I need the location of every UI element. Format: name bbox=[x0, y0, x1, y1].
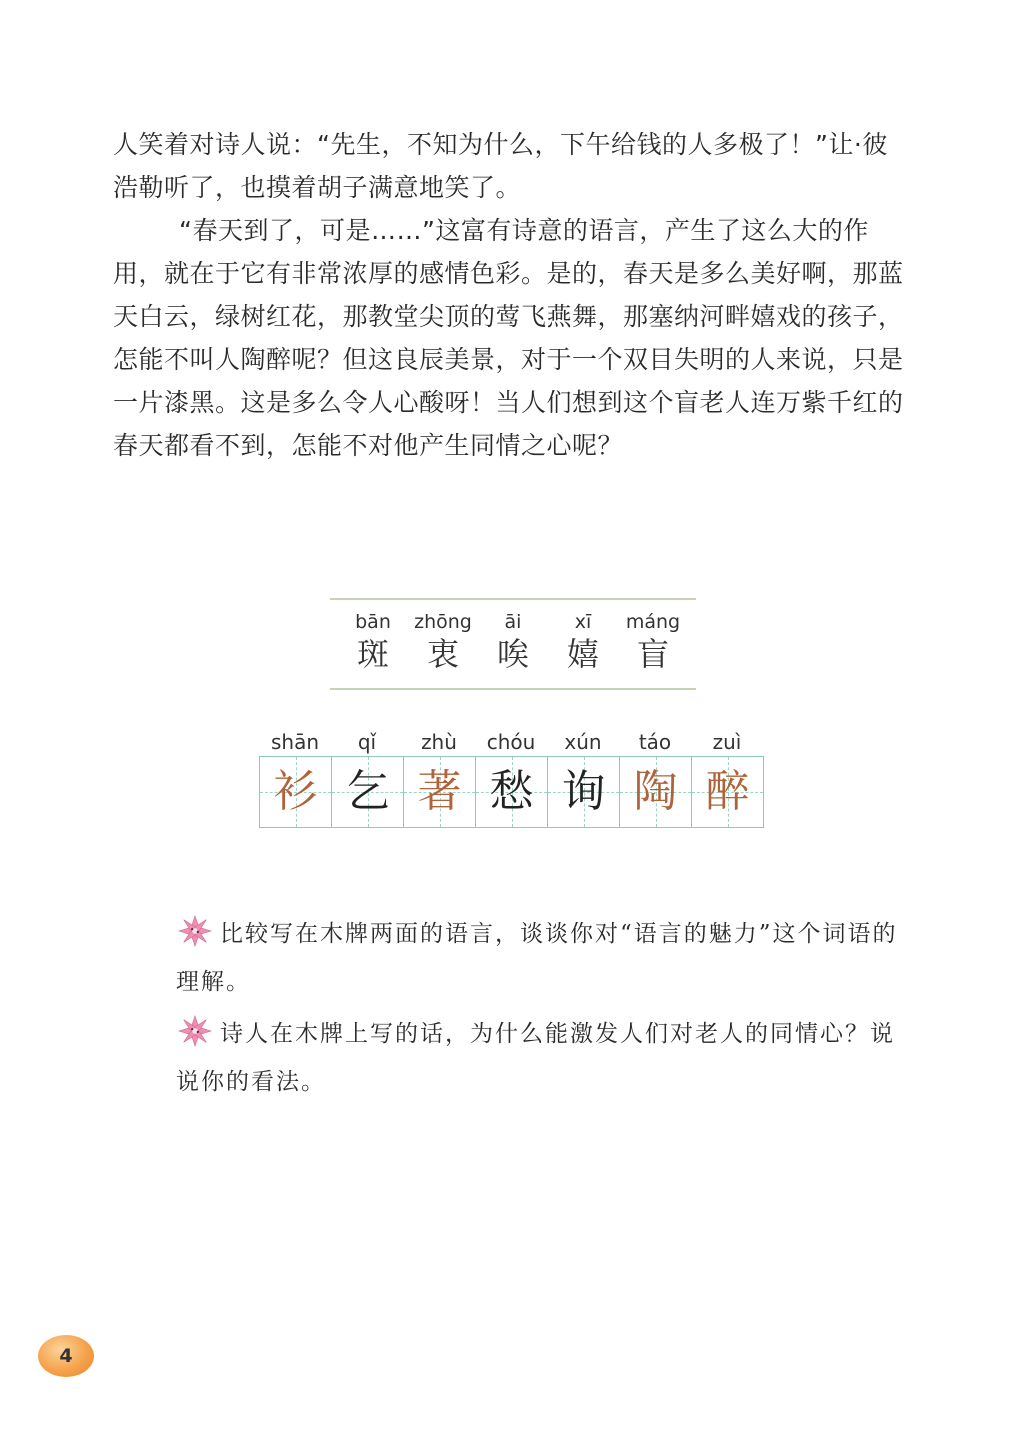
question-text: 比较写在木牌两面的语言，谈谈你对“语言的魅力”这个词语的理解。 bbox=[176, 921, 898, 995]
new-word: zhōng 衷 bbox=[410, 610, 476, 674]
new-words-write-grid: shān qǐ zhù chóu xún táo zuì 衫 乞 著 愁 询 陶… bbox=[259, 728, 764, 828]
hanzi: 陶 bbox=[634, 757, 678, 827]
new-word: máng 盲 bbox=[620, 610, 686, 674]
pinyin: āi bbox=[505, 610, 522, 634]
page-number-badge: 4 bbox=[38, 1335, 94, 1377]
flower-icon bbox=[176, 1014, 214, 1048]
hanzi: 斑 bbox=[357, 634, 389, 674]
pinyin: zhù bbox=[403, 728, 475, 756]
passage-paragraph-1: 人笑着对诗人说：“先生，不知为什么，下午给钱的人多极了！”让·彼浩勒听了，也摸着… bbox=[113, 123, 913, 209]
hanzi: 衫 bbox=[274, 757, 318, 827]
pinyin: zhōng bbox=[414, 610, 472, 634]
pinyin: shān bbox=[259, 728, 331, 756]
pinyin: táo bbox=[619, 728, 691, 756]
hanzi: 询 bbox=[562, 757, 606, 827]
tianzige-cell: 衫 bbox=[260, 757, 332, 827]
tianzige-cell: 乞 bbox=[332, 757, 404, 827]
pinyin: bān bbox=[355, 610, 391, 634]
exercise-questions: 比较写在木牌两面的语言，谈谈你对“语言的魅力”这个词语的理解。 诗人在木牌上 bbox=[176, 910, 916, 1110]
hanzi: 衷 bbox=[427, 634, 459, 674]
question-text: 诗人在木牌上写的话，为什么能激发人们对老人的同情心？说说你的看法。 bbox=[176, 1021, 895, 1095]
pinyin: zuì bbox=[691, 728, 763, 756]
page-number: 4 bbox=[59, 1345, 72, 1367]
hanzi: 乞 bbox=[346, 757, 390, 827]
pinyin: chóu bbox=[475, 728, 547, 756]
hanzi: 唉 bbox=[497, 634, 529, 674]
question-1: 比较写在木牌两面的语言，谈谈你对“语言的魅力”这个词语的理解。 bbox=[176, 910, 916, 1006]
new-word: āi 唉 bbox=[480, 610, 546, 674]
tianzige-cell: 著 bbox=[404, 757, 476, 827]
hanzi: 醉 bbox=[706, 757, 750, 827]
pinyin: qǐ bbox=[331, 728, 403, 756]
flower-icon bbox=[176, 914, 214, 948]
tianzige-cell: 陶 bbox=[620, 757, 692, 827]
passage-paragraph-2: “春天到了，可是……”这富有诗意的语言，产生了这么大的作用，就在于它有非常浓厚的… bbox=[113, 209, 913, 467]
question-2: 诗人在木牌上写的话，为什么能激发人们对老人的同情心？说说你的看法。 bbox=[176, 1010, 916, 1106]
paragraph-text: 人笑着对诗人说：“先生，不知为什么，下午给钱的人多极了！”让·彼浩勒听了，也摸着… bbox=[113, 123, 913, 209]
new-words-recognize: bān 斑 zhōng 衷 āi 唉 xī 嬉 máng 盲 bbox=[330, 598, 696, 690]
hanzi: 嬉 bbox=[567, 634, 599, 674]
new-word: xī 嬉 bbox=[550, 610, 616, 674]
hanzi: 盲 bbox=[637, 634, 669, 674]
tianzige-cell: 询 bbox=[548, 757, 620, 827]
tianzige-cell: 愁 bbox=[476, 757, 548, 827]
pinyin: máng bbox=[626, 610, 680, 634]
tianzige-cell: 醉 bbox=[692, 757, 763, 827]
pinyin: xún bbox=[547, 728, 619, 756]
hanzi: 著 bbox=[418, 757, 462, 827]
paragraph-text: “春天到了，可是……”这富有诗意的语言，产生了这么大的作用，就在于它有非常浓厚的… bbox=[113, 209, 913, 467]
new-word: bān 斑 bbox=[340, 610, 406, 674]
hanzi: 愁 bbox=[490, 757, 534, 827]
pinyin: xī bbox=[575, 610, 592, 634]
